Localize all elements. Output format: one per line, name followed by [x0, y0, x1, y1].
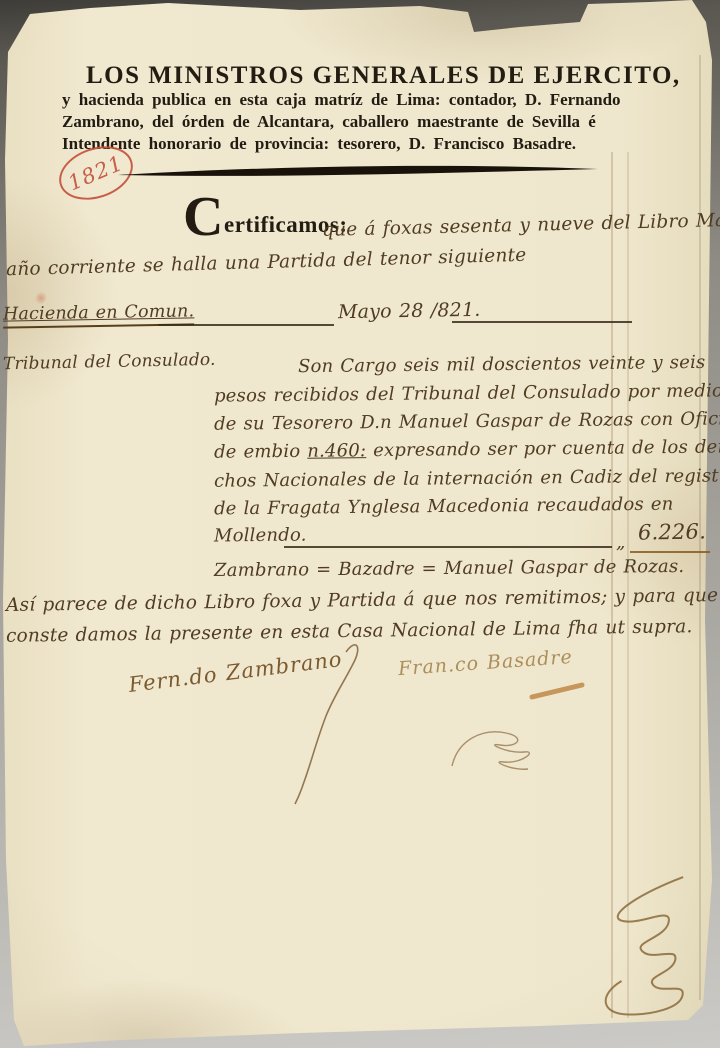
photo-backdrop: LOS MINISTROS GENERALES DE EJERCITO, y h… [0, 0, 720, 1048]
amount-separator: „ [616, 532, 626, 553]
ledger-rule-left [158, 324, 334, 326]
entry-line-1: Son Cargo seis mil doscientos veinte y s… [298, 352, 706, 377]
header-line-1: y hacienda publica en esta caja matríz d… [62, 90, 621, 110]
mollendo-fill-rule [284, 546, 612, 548]
column-rule-1 [611, 152, 613, 1018]
certificamos-dropcap: C [183, 194, 223, 242]
header-line-3: Intendente honorario de provincia: tesor… [62, 134, 576, 154]
entry-line-7: Mollendo. [214, 525, 307, 547]
year-stamp-text: 1821 [65, 151, 127, 196]
amount-value: 6.226. [638, 519, 706, 544]
ledger-rule-right [452, 321, 632, 323]
header-title: LOS MINISTROS GENERALES DE EJERCITO, [86, 62, 681, 90]
entry-date: Mayo 28 /821. [338, 299, 481, 323]
entry-ref-number: n.460: [307, 440, 366, 462]
names-line: Zambrano = Bazadre = Manuel Gaspar de Ro… [214, 556, 684, 581]
entry-line-4-pre: de embio [214, 441, 307, 463]
amount-underline [630, 551, 710, 553]
entry-line-4-post: expresando ser por cuenta de los dere- [366, 436, 720, 461]
header-line-2: Zambrano, del órden de Alcantara, caball… [62, 112, 596, 132]
column-rule-2 [627, 152, 629, 1018]
